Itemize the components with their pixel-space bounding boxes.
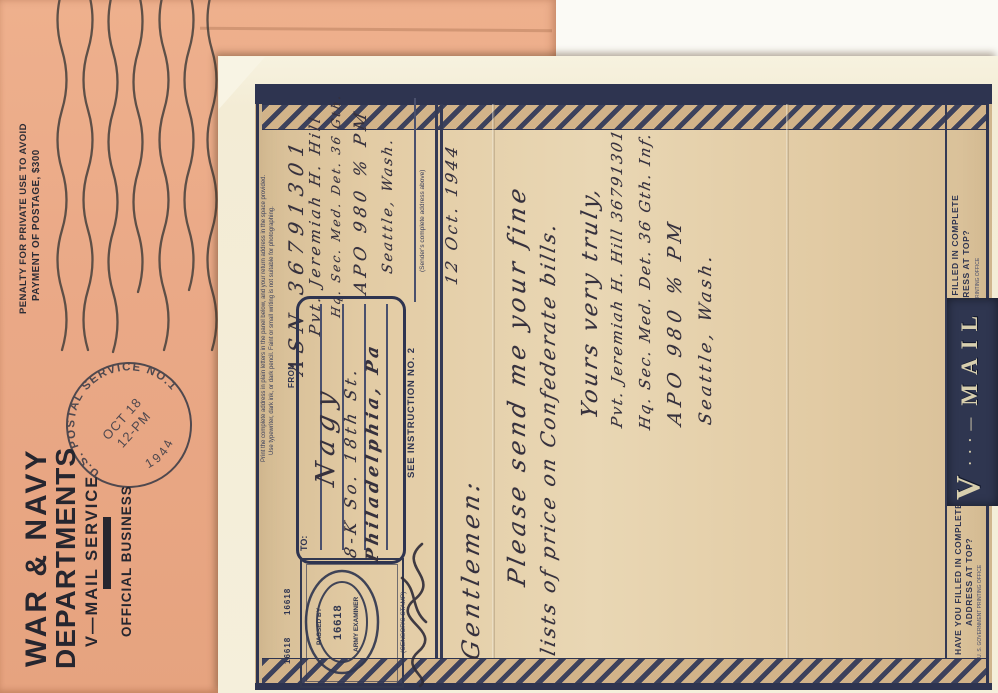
letter-salutation: Gentlemen: [459, 476, 483, 662]
envelope-crease [200, 27, 552, 32]
paper-crease-1 [492, 104, 495, 658]
letter-body-line1: Please send me your fine [505, 182, 529, 588]
letter-signature-line3: APO 980 % PM [666, 216, 685, 427]
letter-body-line2: lists of price on Confederate bills. [538, 220, 558, 658]
vmail-logo-text: V · · · — MAIL [952, 307, 986, 500]
scanned-vmail-letter: PENALTY FOR PRIVATE USE TO AVOID PAYMENT… [0, 0, 998, 693]
address-warning-bottom-line2: ADDRESS AT TOP? [965, 538, 974, 626]
official-business-line: OFFICIAL BUSINESS [120, 485, 134, 637]
censor-signature [388, 538, 448, 690]
censor-number: 16618 [333, 604, 344, 640]
penalty-notice-line1: PENALTY FOR PRIVATE USE TO AVOID [19, 123, 29, 314]
form-border-left [256, 84, 259, 690]
letter-signature-line4: Seattle, Wash. [698, 251, 715, 427]
from-address-line3: Hq. Sec. Med. Det. 36 Gth. [330, 92, 342, 319]
to-address-line2: 8-K So. 18th St. [343, 364, 359, 559]
cancellation-wavy-lines-icon [52, 0, 220, 350]
censor-margin-number-2: 16618 [284, 637, 292, 664]
vmail-logo-v: V [952, 475, 986, 500]
sender-note: (Sender's complete address above) [420, 170, 427, 272]
form-border-top [255, 84, 992, 104]
vmail-logo-mail: MAIL [958, 307, 981, 406]
censor-margin-number-1: 16618 [284, 588, 292, 615]
to-label: TO: [300, 536, 309, 551]
war-navy-line1: WAR & NAVY [22, 448, 52, 667]
sender-panel-rule [414, 98, 416, 302]
address-warning-bottom-line1: HAVE YOU FILLED IN COMPLETE [954, 503, 963, 655]
official-business-rule [103, 517, 111, 589]
form-instructions-line1: Print the complete address in plain lett… [261, 175, 267, 462]
censor-passed-by: PASSED BY [317, 608, 324, 645]
see-instruction-note: SEE INSTRUCTION NO. 2 [407, 347, 417, 478]
vmail-service-line: V—MAIL SERVICE [84, 475, 101, 647]
to-address-line1: Nagy [313, 381, 339, 488]
vmail-logo-morse: · · · — [963, 416, 976, 466]
from-address-line4: APO 980 % PM [353, 107, 370, 296]
to-address-line3: Philadelphia, Pa [365, 341, 382, 564]
from-address-line5: Seattle, Wash. [381, 136, 395, 275]
letter-date: 12 Oct. 1944 [444, 142, 460, 286]
penalty-notice-line2: PAYMENT OF POSTAGE, $300 [32, 149, 42, 301]
war-navy-line2: DEPARTMENTS [52, 447, 80, 669]
letter-signature-line1: Pvt. Jeremiah H. Hill 36791301 [610, 127, 625, 429]
letter-closing: Yours very truly, [580, 184, 602, 421]
censor-examiner: ARMY EXAMINER [354, 597, 361, 652]
letter-signature-line2: Hq. Sec. Med. Det. 36 Gth. Inf. [638, 130, 653, 431]
paper-crease-2 [786, 104, 789, 658]
form-instructions-line2: Use typewriter, dark ink, or dark pencil… [269, 206, 275, 455]
gpo-imprint-bottom: U. S. GOVERNMENT PRINTING OFFICE [978, 565, 983, 658]
